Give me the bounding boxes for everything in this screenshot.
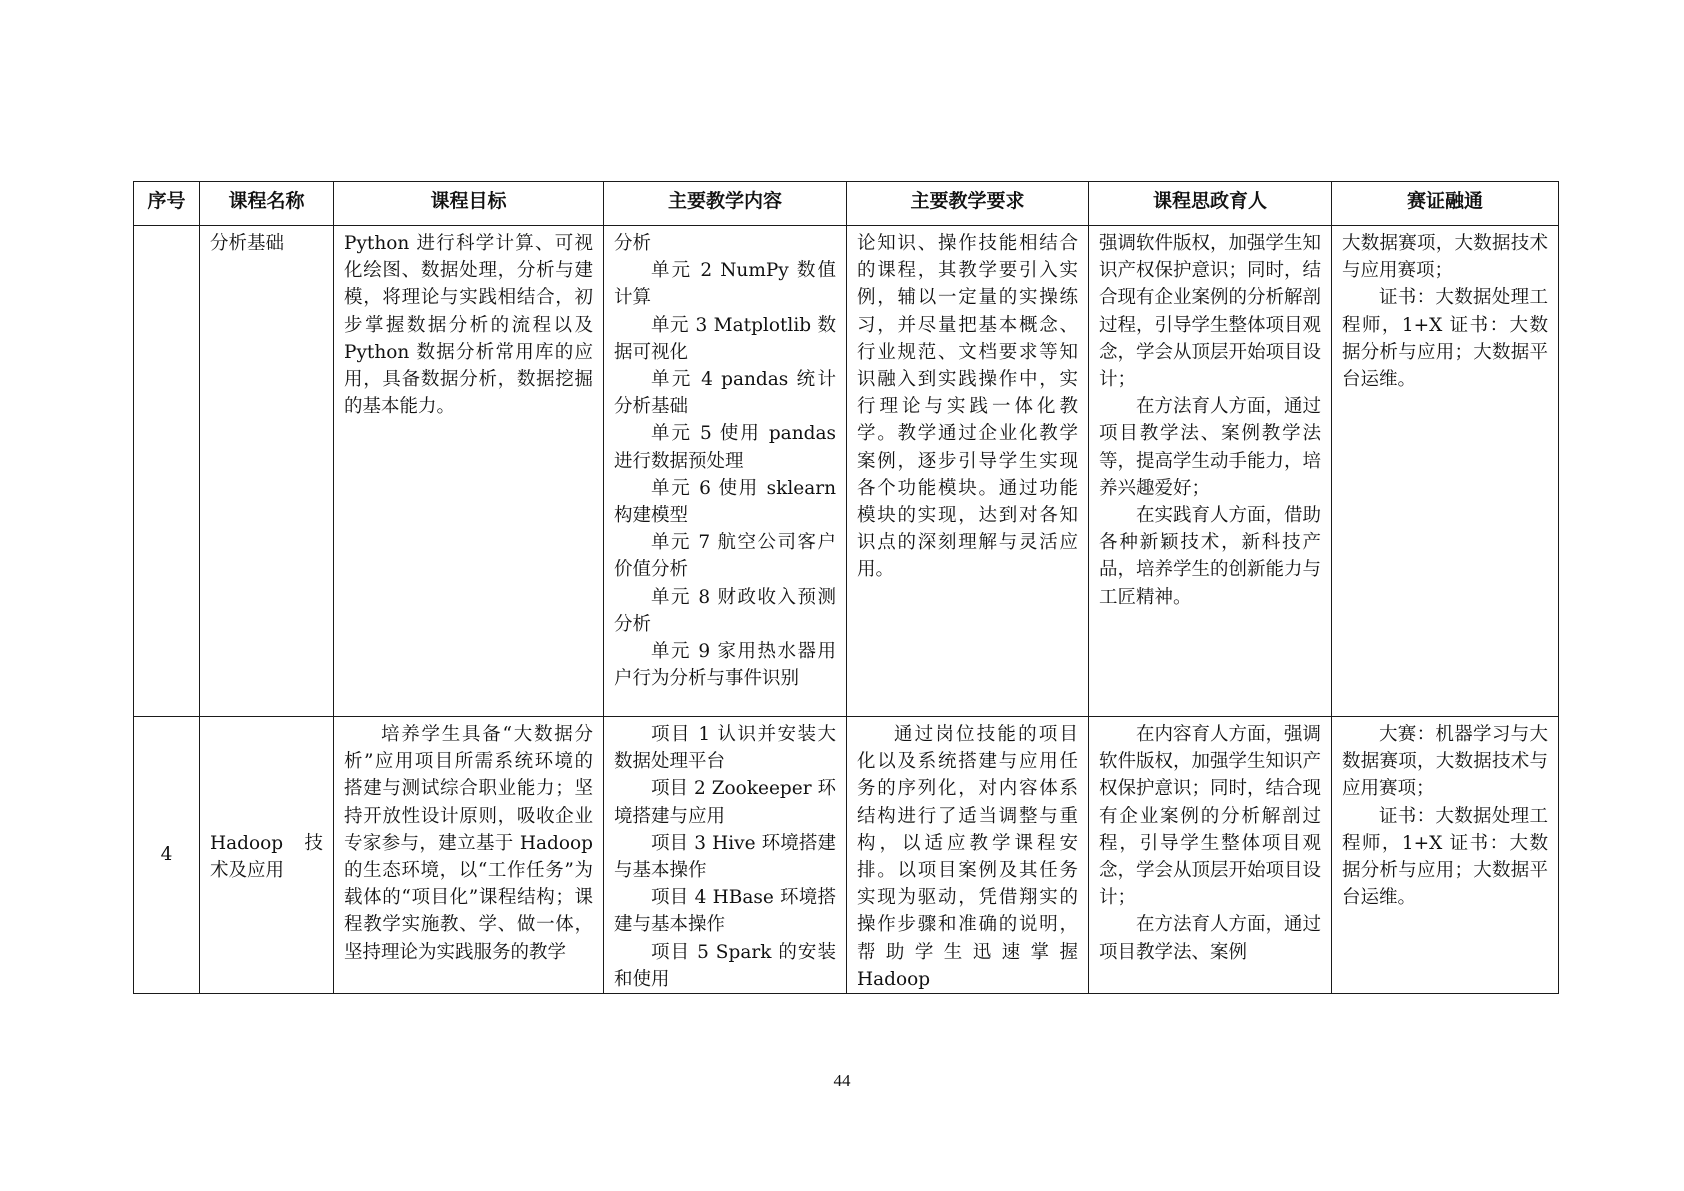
content-item: 单元 8 财政收入预测分析: [614, 584, 836, 638]
content-item: 项目 5 Spark 的安装和使用: [614, 939, 836, 993]
ideology-paragraph: 在方法育人方面，通过项目教学法、案例教学法等，提高学生动手能力，培养兴趣爱好；: [1099, 393, 1321, 502]
header-row: 序号 课程名称 课程目标 主要教学内容 主要教学要求 课程思政育人 赛证融通: [134, 182, 1559, 226]
certification-paragraph: 大赛：机器学习与大数据赛项，大数据技术与应用赛项；: [1342, 721, 1548, 803]
cell-course-name: 分析基础: [200, 226, 334, 717]
table-row: 4 Hadoop 技术及应用 培养学生具备“大数据分析”应用项目所需系统环境的搭…: [134, 717, 1559, 994]
content-item: 项目 4 HBase 环境搭建与基本操作: [614, 884, 836, 938]
content-item: 分析: [614, 230, 836, 257]
goal-text: 培养学生具备“大数据分析”应用项目所需系统环境的搭建与测试综合职业能力；坚持开放…: [344, 721, 593, 966]
cell-course-goal: Python 进行科学计算、可视化绘图、数据处理，分析与建模，将理论与实践相结合…: [334, 226, 604, 717]
ideology-paragraph: 强调软件版权，加强学生知识产权保护意识；同时，结合现有企业案例的分析解剖过程，引…: [1099, 230, 1321, 393]
requirements-text: 通过岗位技能的项目化以及系统搭建与应用任务的序列化，对内容体系结构进行了适当调整…: [857, 721, 1078, 993]
content-item: 单元 2 NumPy 数值计算: [614, 257, 836, 311]
content-item: 项目 2 Zookeeper 环境搭建与应用: [614, 775, 836, 829]
document-page: 序号 课程名称 课程目标 主要教学内容 主要教学要求 课程思政育人 赛证融通 分…: [0, 0, 1684, 1191]
header-teaching-requirements: 主要教学要求: [847, 182, 1089, 226]
cell-course-name: Hadoop 技术及应用: [200, 717, 334, 994]
content-item: 单元 3 Matplotlib 数据可视化: [614, 312, 836, 366]
cell-index: 4: [134, 717, 200, 994]
certification-paragraph: 大数据赛项，大数据技术与应用赛项；: [1342, 230, 1548, 284]
page-number: 44: [0, 1071, 1684, 1091]
cell-teaching-requirements: 论知识、操作技能相结合的课程，其教学要引入实例，辅以一定量的实操练习，并尽量把基…: [847, 226, 1089, 717]
course-name-text: 分析基础: [210, 230, 323, 257]
content-item: 单元 5 使用 pandas 进行数据预处理: [614, 420, 836, 474]
cell-competition-certification: 大数据赛项，大数据技术与应用赛项； 证书：大数据处理工程师，1+X 证书：大数据…: [1332, 226, 1559, 717]
header-course-name: 课程名称: [200, 182, 334, 226]
cell-teaching-content: 项目 1 认识并安装大数据处理平台 项目 2 Zookeeper 环境搭建与应用…: [604, 717, 847, 994]
certification-paragraph: 证书：大数据处理工程师，1+X 证书：大数据分析与应用；大数据平台运维。: [1342, 284, 1548, 393]
ideology-paragraph: 在实践育人方面，借助各种新颖技术，新科技产品，培养学生的创新能力与工匠精神。: [1099, 502, 1321, 611]
course-name-text: Hadoop 技术及应用: [210, 830, 323, 884]
header-ideology-education: 课程思政育人: [1089, 182, 1332, 226]
cell-ideology-education: 在内容育人方面，强调软件版权，加强学生知识产权保护意识；同时，结合现有企业案例的…: [1089, 717, 1332, 994]
header-competition-certification: 赛证融通: [1332, 182, 1559, 226]
cell-index: [134, 226, 200, 717]
content-item: 单元 6 使用 sklearn 构建模型: [614, 475, 836, 529]
cell-course-goal: 培养学生具备“大数据分析”应用项目所需系统环境的搭建与测试综合职业能力；坚持开放…: [334, 717, 604, 994]
content-item: 项目 3 Hive 环境搭建与基本操作: [614, 830, 836, 884]
course-table: 序号 课程名称 课程目标 主要教学内容 主要教学要求 课程思政育人 赛证融通 分…: [133, 181, 1559, 994]
cell-ideology-education: 强调软件版权，加强学生知识产权保护意识；同时，结合现有企业案例的分析解剖过程，引…: [1089, 226, 1332, 717]
ideology-paragraph: 在方法育人方面，通过项目教学法、案例: [1099, 911, 1321, 965]
content-item: 单元 4 pandas 统计分析基础: [614, 366, 836, 420]
certification-paragraph: 证书：大数据处理工程师，1+X 证书：大数据分析与应用；大数据平台运维。: [1342, 803, 1548, 912]
header-teaching-content: 主要教学内容: [604, 182, 847, 226]
table-row: 分析基础 Python 进行科学计算、可视化绘图、数据处理，分析与建模，将理论与…: [134, 226, 1559, 717]
cell-competition-certification: 大赛：机器学习与大数据赛项，大数据技术与应用赛项； 证书：大数据处理工程师，1+…: [1332, 717, 1559, 994]
cell-teaching-content: 分析 单元 2 NumPy 数值计算 单元 3 Matplotlib 数据可视化…: [604, 226, 847, 717]
header-course-goal: 课程目标: [334, 182, 604, 226]
content-item: 单元 7 航空公司客户价值分析: [614, 529, 836, 583]
content-item: 项目 1 认识并安装大数据处理平台: [614, 721, 836, 775]
content-item: 单元 9 家用热水器用户行为分析与事件识别: [614, 638, 836, 692]
goal-text: Python 进行科学计算、可视化绘图、数据处理，分析与建模，将理论与实践相结合…: [344, 230, 593, 420]
requirements-text: 论知识、操作技能相结合的课程，其教学要引入实例，辅以一定量的实操练习，并尽量把基…: [857, 230, 1078, 584]
cell-teaching-requirements: 通过岗位技能的项目化以及系统搭建与应用任务的序列化，对内容体系结构进行了适当调整…: [847, 717, 1089, 994]
ideology-paragraph: 在内容育人方面，强调软件版权，加强学生知识产权保护意识；同时，结合现有企业案例的…: [1099, 721, 1321, 911]
header-index: 序号: [134, 182, 200, 226]
